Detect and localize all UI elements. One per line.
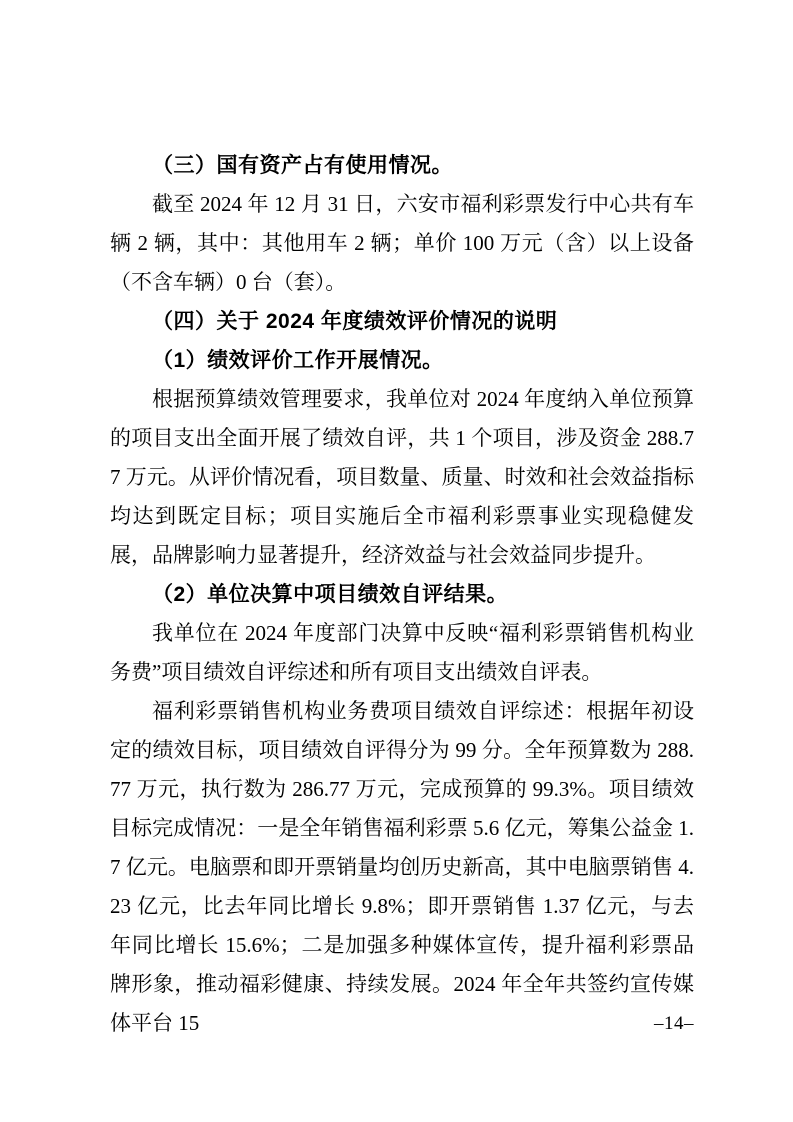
document-content: （三）国有资产占有使用情况。 截至 2024 年 12 月 31 日，六安市福利… [110, 146, 694, 1043]
section-heading-state-assets: （三）国有资产占有使用情况。 [110, 146, 694, 185]
paragraph-state-assets: 截至 2024 年 12 月 31 日，六安市福利彩票发行中心共有车辆 2 辆，… [110, 185, 694, 302]
document-page: （三）国有资产占有使用情况。 截至 2024 年 12 月 31 日，六安市福利… [0, 0, 793, 1122]
page-number: –14– [654, 1012, 694, 1036]
paragraph-self-evaluation-summary-intro: 我单位在 2024 年度部门决算中反映“福利彩票销售机构业务费”项目绩效自评综述… [110, 614, 694, 692]
section-heading-performance-evaluation: （四）关于 2024 年度绩效评价情况的说明 [110, 302, 694, 341]
paragraph-evaluation-work: 根据预算绩效管理要求，我单位对 2024 年度纳入单位预算的项目支出全面开展了绩… [110, 380, 694, 575]
subsection-heading-self-evaluation-results: （2）单位决算中项目绩效自评结果。 [110, 575, 694, 614]
paragraph-self-evaluation-details: 福利彩票销售机构业务费项目绩效自评综述：根据年初设定的绩效目标，项目绩效自评得分… [110, 692, 694, 1043]
subsection-heading-evaluation-work: （1）绩效评价工作开展情况。 [110, 341, 694, 380]
